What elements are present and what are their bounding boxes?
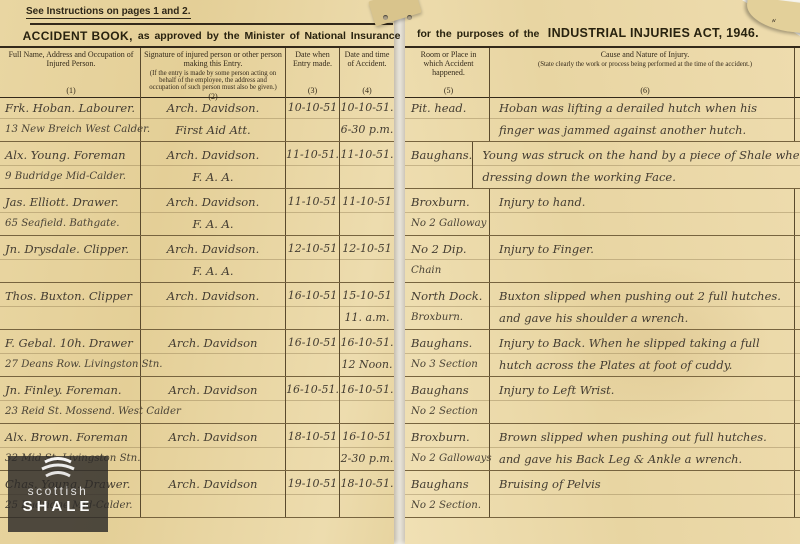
cell-cause: Injury to Left Wrist.	[489, 377, 795, 423]
cell-cause: Injury to hand.	[489, 189, 795, 235]
entry-name: Thos. Buxton. Clipper	[5, 285, 140, 307]
left-table-header: Full Name, Address and Occupation of Inj…	[0, 46, 394, 98]
accident-date: 18-10-51.	[340, 473, 394, 495]
accident-place-detail: No 2 Section	[411, 401, 489, 423]
entry-name: Frk. Hoban. Labourer.	[5, 97, 140, 119]
cell-place: North Dock. Broxburn.	[405, 283, 489, 329]
injury-cause-line1: Injury to Finger.	[499, 238, 794, 260]
table-row: No 2 Dip. Chain Injury to Finger.	[405, 236, 800, 283]
accident-place-detail: Broxburn.	[411, 307, 489, 329]
cell-name: Jn. Finley. Foreman. 23 Reid St. Mossend…	[0, 377, 140, 423]
column-header-cause: Cause and Nature of Injury. (State clear…	[489, 48, 795, 97]
table-row: Baughans. No 3 Section Injury to Back. W…	[405, 330, 800, 377]
injury-cause-line2: finger was jammed against another hutch.	[499, 119, 794, 141]
table-row: Jas. Elliott. Drawer. 65 Seafield. Bathg…	[0, 189, 394, 236]
cell-place: Baughans. No 3 Section	[405, 330, 489, 376]
cell-signature: Arch. Davidson. F. A. A.	[140, 142, 285, 188]
accident-time: 6-30 p.m.	[340, 119, 394, 141]
title-approved-by: as approved by the Minister of National …	[138, 30, 401, 42]
accident-place-detail: No 2 Galloway	[411, 213, 489, 235]
cell-signature: Arch. Davidson. F. A. A.	[140, 189, 285, 235]
entry-signature: Arch. Davidson	[141, 426, 285, 448]
injury-cause-line2: dressing down the working Face.	[482, 166, 800, 188]
cell-accident-date: 18-10-51.	[339, 471, 394, 517]
accident-place-detail: No 3 Section	[411, 354, 489, 376]
cell-signature: Arch. Davidson.	[140, 283, 285, 329]
cell-place: Baughans No 2 Section.	[405, 471, 489, 517]
cell-cause: Hoban was lifting a derailed hutch when …	[489, 95, 795, 141]
cell-name: Frk. Hoban. Labourer. 13 New Breich West…	[0, 95, 140, 141]
table-row: Baughans No 2 Section. Bruising of Pelvi…	[405, 471, 800, 518]
accident-place: Broxburn.	[411, 191, 489, 213]
accident-date: 12-10-51	[340, 238, 394, 260]
entry-signature-role: F. A. A.	[141, 213, 285, 235]
entry-signature: Arch. Davidson	[141, 379, 285, 401]
accident-place: No 2 Dip.	[411, 238, 489, 260]
cell-accident-date: 12-10-51	[339, 236, 394, 282]
entry-signature-role: F. A. A.	[141, 166, 285, 188]
cell-place: Baughans.	[405, 142, 472, 188]
cell-cause: Injury to Finger.	[489, 236, 795, 282]
column-header-signature: Signature of injured person or other per…	[140, 48, 285, 97]
accident-date: 11-10-51	[340, 191, 394, 213]
accident-place: Baughans.	[411, 144, 472, 166]
cell-cause: Buxton slipped when pushing out 2 full h…	[489, 283, 795, 329]
accident-place: North Dock.	[411, 285, 489, 307]
entry-signature-role: First Aid Att.	[141, 119, 285, 141]
table-row: Baughans No 2 Section Injury to Left Wri…	[405, 377, 800, 424]
entry-address: 23 Reid St. Mossend. West Calder	[5, 401, 140, 423]
watermark-text-shale: SHALE	[23, 498, 94, 516]
cell-entry-date: 10-10-51	[285, 95, 339, 141]
accident-place-detail: No 2 Galloways	[411, 448, 489, 470]
injury-cause-line1: Buxton slipped when pushing out 2 full h…	[499, 285, 794, 307]
injury-cause-line1: Injury to Back. When he slipped taking a…	[499, 332, 794, 354]
cell-signature: Arch. Davidson	[140, 377, 285, 423]
cell-cause: Brown slipped when pushing out full hutc…	[489, 424, 795, 470]
accident-place-detail: No 2 Section.	[411, 495, 489, 517]
staple-hole	[383, 15, 388, 20]
injury-cause-line1: Injury to hand.	[499, 191, 794, 213]
injury-cause-line1: Young was struck on the hand by a piece …	[482, 144, 800, 166]
title-act-name: INDUSTRIAL INJURIES ACT, 1946.	[548, 26, 759, 40]
column-header-entry-date: Date when Entry made. (3)	[285, 48, 339, 97]
entry-signature-role: F. A. A.	[141, 260, 285, 282]
injury-cause-line1: Hoban was lifting a derailed hutch when …	[499, 97, 794, 119]
cell-place: No 2 Dip. Chain	[405, 236, 489, 282]
cell-accident-date: 11-10-51.	[339, 142, 394, 188]
table-row: Frk. Hoban. Labourer. 13 New Breich West…	[0, 95, 394, 142]
cell-accident-date: 11-10-51	[339, 189, 394, 235]
accident-book-scan: See Instructions on pages 1 and 2. ACCID…	[0, 0, 800, 544]
cell-accident-date: 15-10-51 11. a.m.	[339, 283, 394, 329]
column-header-accident-date: Date and time of Accident. (4)	[339, 48, 394, 97]
cell-entry-date: 12-10-51	[285, 236, 339, 282]
table-row: Pit. head. Hoban was lifting a derailed …	[405, 95, 800, 142]
accident-date: 15-10-51	[340, 285, 394, 307]
cell-name: Thos. Buxton. Clipper	[0, 283, 140, 329]
table-row: Broxburn. No 2 Galloway Injury to hand.	[405, 189, 800, 236]
right-page-title: for the purposes of the INDUSTRIAL INJUR…	[417, 24, 790, 42]
injury-cause-line1: Injury to Left Wrist.	[499, 379, 794, 401]
accident-time: 2-30 p.m.	[340, 448, 394, 470]
cell-signature: Arch. Davidson. F. A. A.	[140, 236, 285, 282]
cell-name: Jas. Elliott. Drawer. 65 Seafield. Bathg…	[0, 189, 140, 235]
entry-signature: Arch. Davidson.	[141, 238, 285, 260]
entry-made-date: 19-10-51	[286, 473, 339, 495]
entry-address: 27 Deans Row. Livingston Stn.	[5, 354, 140, 376]
injury-cause-line2: and gave his Back Leg & Ankle a wrench.	[499, 448, 794, 470]
entry-signature: Arch. Davidson.	[141, 97, 285, 119]
entry-name: Jn. Finley. Foreman.	[5, 379, 140, 401]
entry-name: Jn. Drysdale. Clipper.	[5, 238, 140, 260]
cell-name: F. Gebal. 10h. Drawer 27 Deans Row. Livi…	[0, 330, 140, 376]
entry-signature: Arch. Davidson.	[141, 285, 285, 307]
cell-cause: Bruising of Pelvis	[489, 471, 795, 517]
cell-place: Pit. head.	[405, 95, 489, 141]
table-row: North Dock. Broxburn. Buxton slipped whe…	[405, 283, 800, 330]
injury-cause-line1: Brown slipped when pushing out full hutc…	[499, 426, 794, 448]
cell-entry-date: 11-10-51.	[285, 142, 339, 188]
entry-made-date: 16-10-51	[286, 285, 339, 307]
title-purposes: for the purposes of the	[417, 28, 539, 40]
table-row: F. Gebal. 10h. Drawer 27 Deans Row. Livi…	[0, 330, 394, 377]
injury-cause-line1: Bruising of Pelvis	[499, 473, 794, 495]
injury-cause-line2: and gave his shoulder a wrench.	[499, 307, 794, 329]
table-row: Alx. Young. Foreman 9 Budridge Mid-Calde…	[0, 142, 394, 189]
accident-date: 16-10-51.	[340, 379, 394, 401]
column-header-name: Full Name, Address and Occupation of Inj…	[0, 48, 140, 97]
accident-place: Pit. head.	[411, 97, 489, 119]
accident-place-detail: Chain	[411, 260, 489, 282]
entry-signature: Arch. Davidson	[141, 473, 285, 495]
right-table-header: Room or Place in which Accident happened…	[405, 46, 800, 98]
watermark-text-scottish: scottish	[28, 484, 89, 498]
cell-name: Jn. Drysdale. Clipper.	[0, 236, 140, 282]
instructions-note: See Instructions on pages 1 and 2.	[26, 6, 191, 19]
entry-signature: Arch. Davidson.	[141, 191, 285, 213]
cell-signature: Arch. Davidson	[140, 424, 285, 470]
entry-made-date: 16-10-51.	[286, 379, 339, 401]
cell-accident-date: 10-10-51. 6-30 p.m.	[339, 95, 394, 141]
left-page-title: ACCIDENT BOOK, as approved by the Minist…	[30, 23, 393, 47]
accident-time: 11. a.m.	[340, 307, 394, 329]
injury-cause-line2: hutch across the Plates at foot of cuddy…	[499, 354, 794, 376]
accident-date: 16-10-51	[340, 426, 394, 448]
cell-signature: Arch. Davidson	[140, 330, 285, 376]
cell-entry-date: 18-10-51	[285, 424, 339, 470]
entry-made-date: 16-10-51	[286, 332, 339, 354]
entry-signature: Arch. Davidson.	[141, 144, 285, 166]
entry-made-date: 18-10-51	[286, 426, 339, 448]
table-row: Broxburn. No 2 Galloways Brown slipped w…	[405, 424, 800, 471]
right-page: for the purposes of the INDUSTRIAL INJUR…	[405, 0, 800, 544]
entry-name: F. Gebal. 10h. Drawer	[5, 332, 140, 354]
entry-name: Jas. Elliott. Drawer.	[5, 191, 140, 213]
entry-made-date: 11-10-51	[286, 191, 339, 213]
scottish-shale-watermark: scottish SHALE	[8, 456, 108, 532]
accident-date: 11-10-51.	[340, 144, 394, 166]
cell-entry-date: 16-10-51	[285, 283, 339, 329]
right-table-body: Pit. head. Hoban was lifting a derailed …	[405, 95, 800, 544]
shale-layers-logo-icon	[35, 456, 81, 482]
accident-place: Baughans.	[411, 332, 489, 354]
entry-address: 9 Budridge Mid-Calder.	[5, 166, 140, 188]
entry-made-date: 11-10-51.	[286, 144, 339, 166]
staple-hole	[407, 15, 412, 20]
cell-place: Broxburn. No 2 Galloways	[405, 424, 489, 470]
cell-cause: Injury to Back. When he slipped taking a…	[489, 330, 795, 376]
accident-date: 10-10-51.	[340, 97, 394, 119]
accident-place: Broxburn.	[411, 426, 489, 448]
table-row: Thos. Buxton. Clipper Arch. Davidson. 16…	[0, 283, 394, 330]
table-row: Baughans. Young was struck on the hand b…	[405, 142, 800, 189]
cell-place: Broxburn. No 2 Galloway	[405, 189, 489, 235]
cell-entry-date: 11-10-51	[285, 189, 339, 235]
cell-signature: Arch. Davidson	[140, 471, 285, 517]
cell-entry-date: 16-10-51.	[285, 377, 339, 423]
entry-address: 65 Seafield. Bathgate.	[5, 213, 140, 235]
entry-name: Alx. Brown. Foreman	[5, 426, 140, 448]
cell-signature: Arch. Davidson. First Aid Att.	[140, 95, 285, 141]
cell-name: Alx. Young. Foreman 9 Budridge Mid-Calde…	[0, 142, 140, 188]
table-row: Jn. Finley. Foreman. 23 Reid St. Mossend…	[0, 377, 394, 424]
entry-name: Alx. Young. Foreman	[5, 144, 140, 166]
cell-cause: Young was struck on the hand by a piece …	[472, 142, 800, 188]
accident-time: 12 Noon.	[340, 354, 394, 376]
accident-place: Baughans	[411, 473, 489, 495]
table-row: Jn. Drysdale. Clipper. Arch. Davidson. F…	[0, 236, 394, 283]
accident-date: 16-10-51.	[340, 332, 394, 354]
title-accident-book: ACCIDENT BOOK,	[23, 29, 133, 43]
cell-accident-date: 16-10-51.	[339, 377, 394, 423]
column-header-place: Room or Place in which Accident happened…	[405, 48, 489, 97]
entry-made-date: 12-10-51	[286, 238, 339, 260]
entry-made-date: 10-10-51	[286, 97, 339, 119]
entry-signature: Arch. Davidson	[141, 332, 285, 354]
cell-accident-date: 16-10-51 2-30 p.m.	[339, 424, 394, 470]
cell-entry-date: 16-10-51	[285, 330, 339, 376]
cell-accident-date: 16-10-51. 12 Noon.	[339, 330, 394, 376]
accident-place: Baughans	[411, 379, 489, 401]
cell-entry-date: 19-10-51	[285, 471, 339, 517]
cell-place: Baughans No 2 Section	[405, 377, 489, 423]
entry-address: 13 New Breich West Calder.	[5, 119, 140, 141]
